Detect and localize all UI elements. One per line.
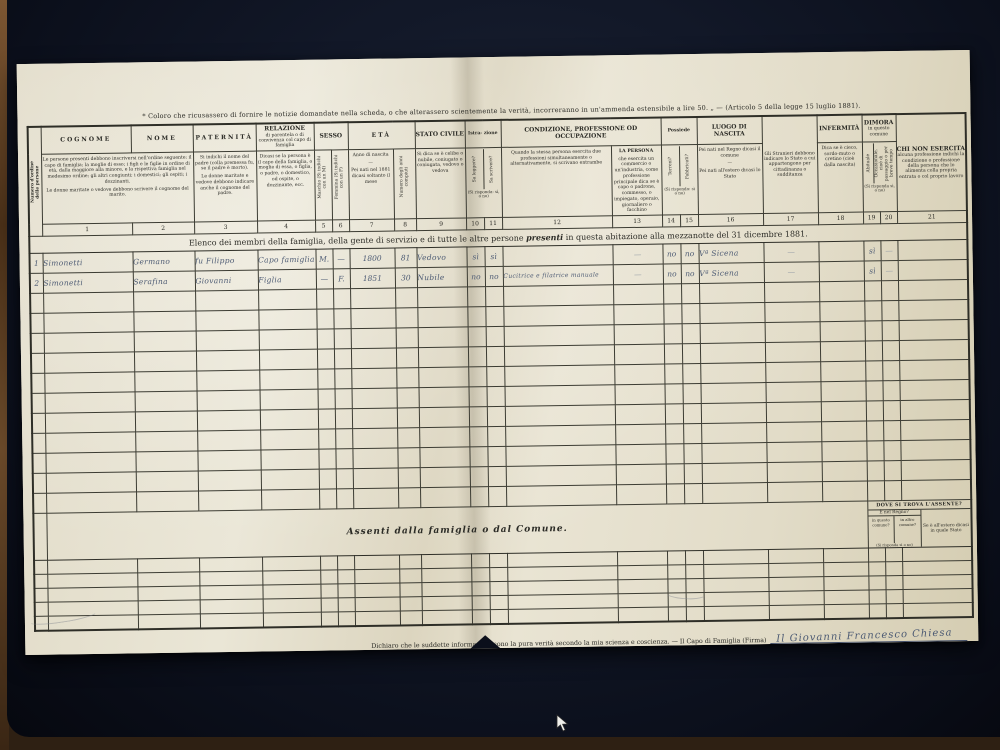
- luogo-nascita-value: Vª Sicena: [698, 243, 763, 264]
- col-header-nome: NOME: [131, 124, 193, 152]
- infermita-instructions: Dica se è cieco, sordo-muto o cretino (c…: [817, 142, 863, 213]
- col-header-relazione: RELAZIONEdi parentela o di convivenza co…: [256, 123, 314, 151]
- sesso-femmina-label: Femmina (Si indichi con un F): [331, 150, 349, 220]
- possiede-sublabels: Terreni?Fabbricati? (Si risponda: sì o n…: [661, 145, 698, 216]
- paternita-instructions: Si indichi il nome del padre (colla prem…: [193, 151, 257, 222]
- cognome-value: Simonetti: [43, 272, 133, 293]
- condizione-instructions: Quando la stessa persona esercita due pr…: [501, 146, 612, 218]
- col-header-istruzione: Istra- zione: [465, 120, 501, 148]
- cognome-nome-instructions: Le persone presenti debbono inscriversi …: [41, 152, 194, 224]
- paternita-value: Giovanni: [195, 270, 258, 291]
- photo-of-census-sheet: * Coloro che ricusassero di fornire le n…: [0, 0, 1000, 750]
- dimora-sublabels: AbitualeOccasionale, cioè di passaggio o…: [862, 142, 897, 213]
- col-header-possiede: Possiede: [661, 117, 697, 145]
- nome-value: Germano: [132, 251, 194, 272]
- paternita-value: fu Filippo: [194, 250, 257, 271]
- col-header-stranieri: Gli Stranieri debbono indicare lo Stato …: [762, 115, 818, 213]
- cognome-value: Simonetti: [42, 252, 132, 273]
- professione-value: Cucitrice e filatrice manuale: [503, 265, 613, 287]
- la-persona-instructions: LA PERSONAche esercita un commercio o un…: [611, 145, 662, 216]
- sesso-maschio-label: Maschio (Si indichi con un M): [314, 150, 332, 220]
- dove-si-trova-assente-box: DOVE SI TROVA L'ASSENTE? È nel Regno? in…: [867, 500, 972, 549]
- nome-value: Serafina: [133, 271, 195, 292]
- relazione-value: Capo famiglia: [257, 249, 315, 270]
- signature-line: Il Giovanni Francesco Chiesa: [770, 626, 967, 644]
- col-header-eta: ETÀ: [348, 121, 415, 149]
- col-header-dimora: DIMORAin questo comune: [862, 114, 896, 142]
- mouse-cursor: [556, 714, 569, 732]
- col-header-condizione: CONDIZIONE, PROFESSIONE OD OCCUPAZIONE: [501, 118, 661, 148]
- relazione-instructions: Dicasi se la persona è il capo della fam…: [256, 150, 315, 221]
- eta-anno-instructions: Anno di nascita—Pei nati nel 1881 dicasi…: [348, 149, 394, 220]
- col-header-luogo-nascita: LUOGO DI NASCITA: [697, 116, 762, 144]
- col-header-cognome: COGNOME: [41, 125, 131, 154]
- eta-anni-compiuti-label: Numero degli anni compiuti: [393, 149, 416, 219]
- col-header-paternita: PATERNITÀ: [193, 124, 256, 152]
- col-header-sesso: SESSO: [314, 122, 348, 150]
- census-table: Numero d'ordine delle persone COGNOME NO…: [27, 112, 974, 632]
- luogo-nascita-instructions: Pei nati nel Regno dicasi il comune—Pei …: [697, 144, 763, 215]
- census-sheet: * Coloro che ricusassero di fornire le n…: [17, 50, 979, 655]
- col-header-stato-civile: STATO CIVILE: [415, 120, 465, 148]
- assenti-caption: Assenti dalla famiglia o dal Comune.: [47, 520, 867, 542]
- relazione-value: Figlia: [258, 269, 316, 290]
- istruzione-sublabels: Sa leggere?Sa scrivere? (Si risponda: sì…: [465, 147, 502, 218]
- stato-civile-instructions: Si dica se è celibe o nubile, coniugato …: [415, 148, 466, 219]
- col-header-chi-non-esercita: CHI NON ESERCITAalcuna professione indic…: [896, 113, 967, 212]
- luogo-nascita-value: Vª Sicena: [699, 263, 764, 284]
- col-header-infermita: INFERMITÀ: [817, 115, 862, 143]
